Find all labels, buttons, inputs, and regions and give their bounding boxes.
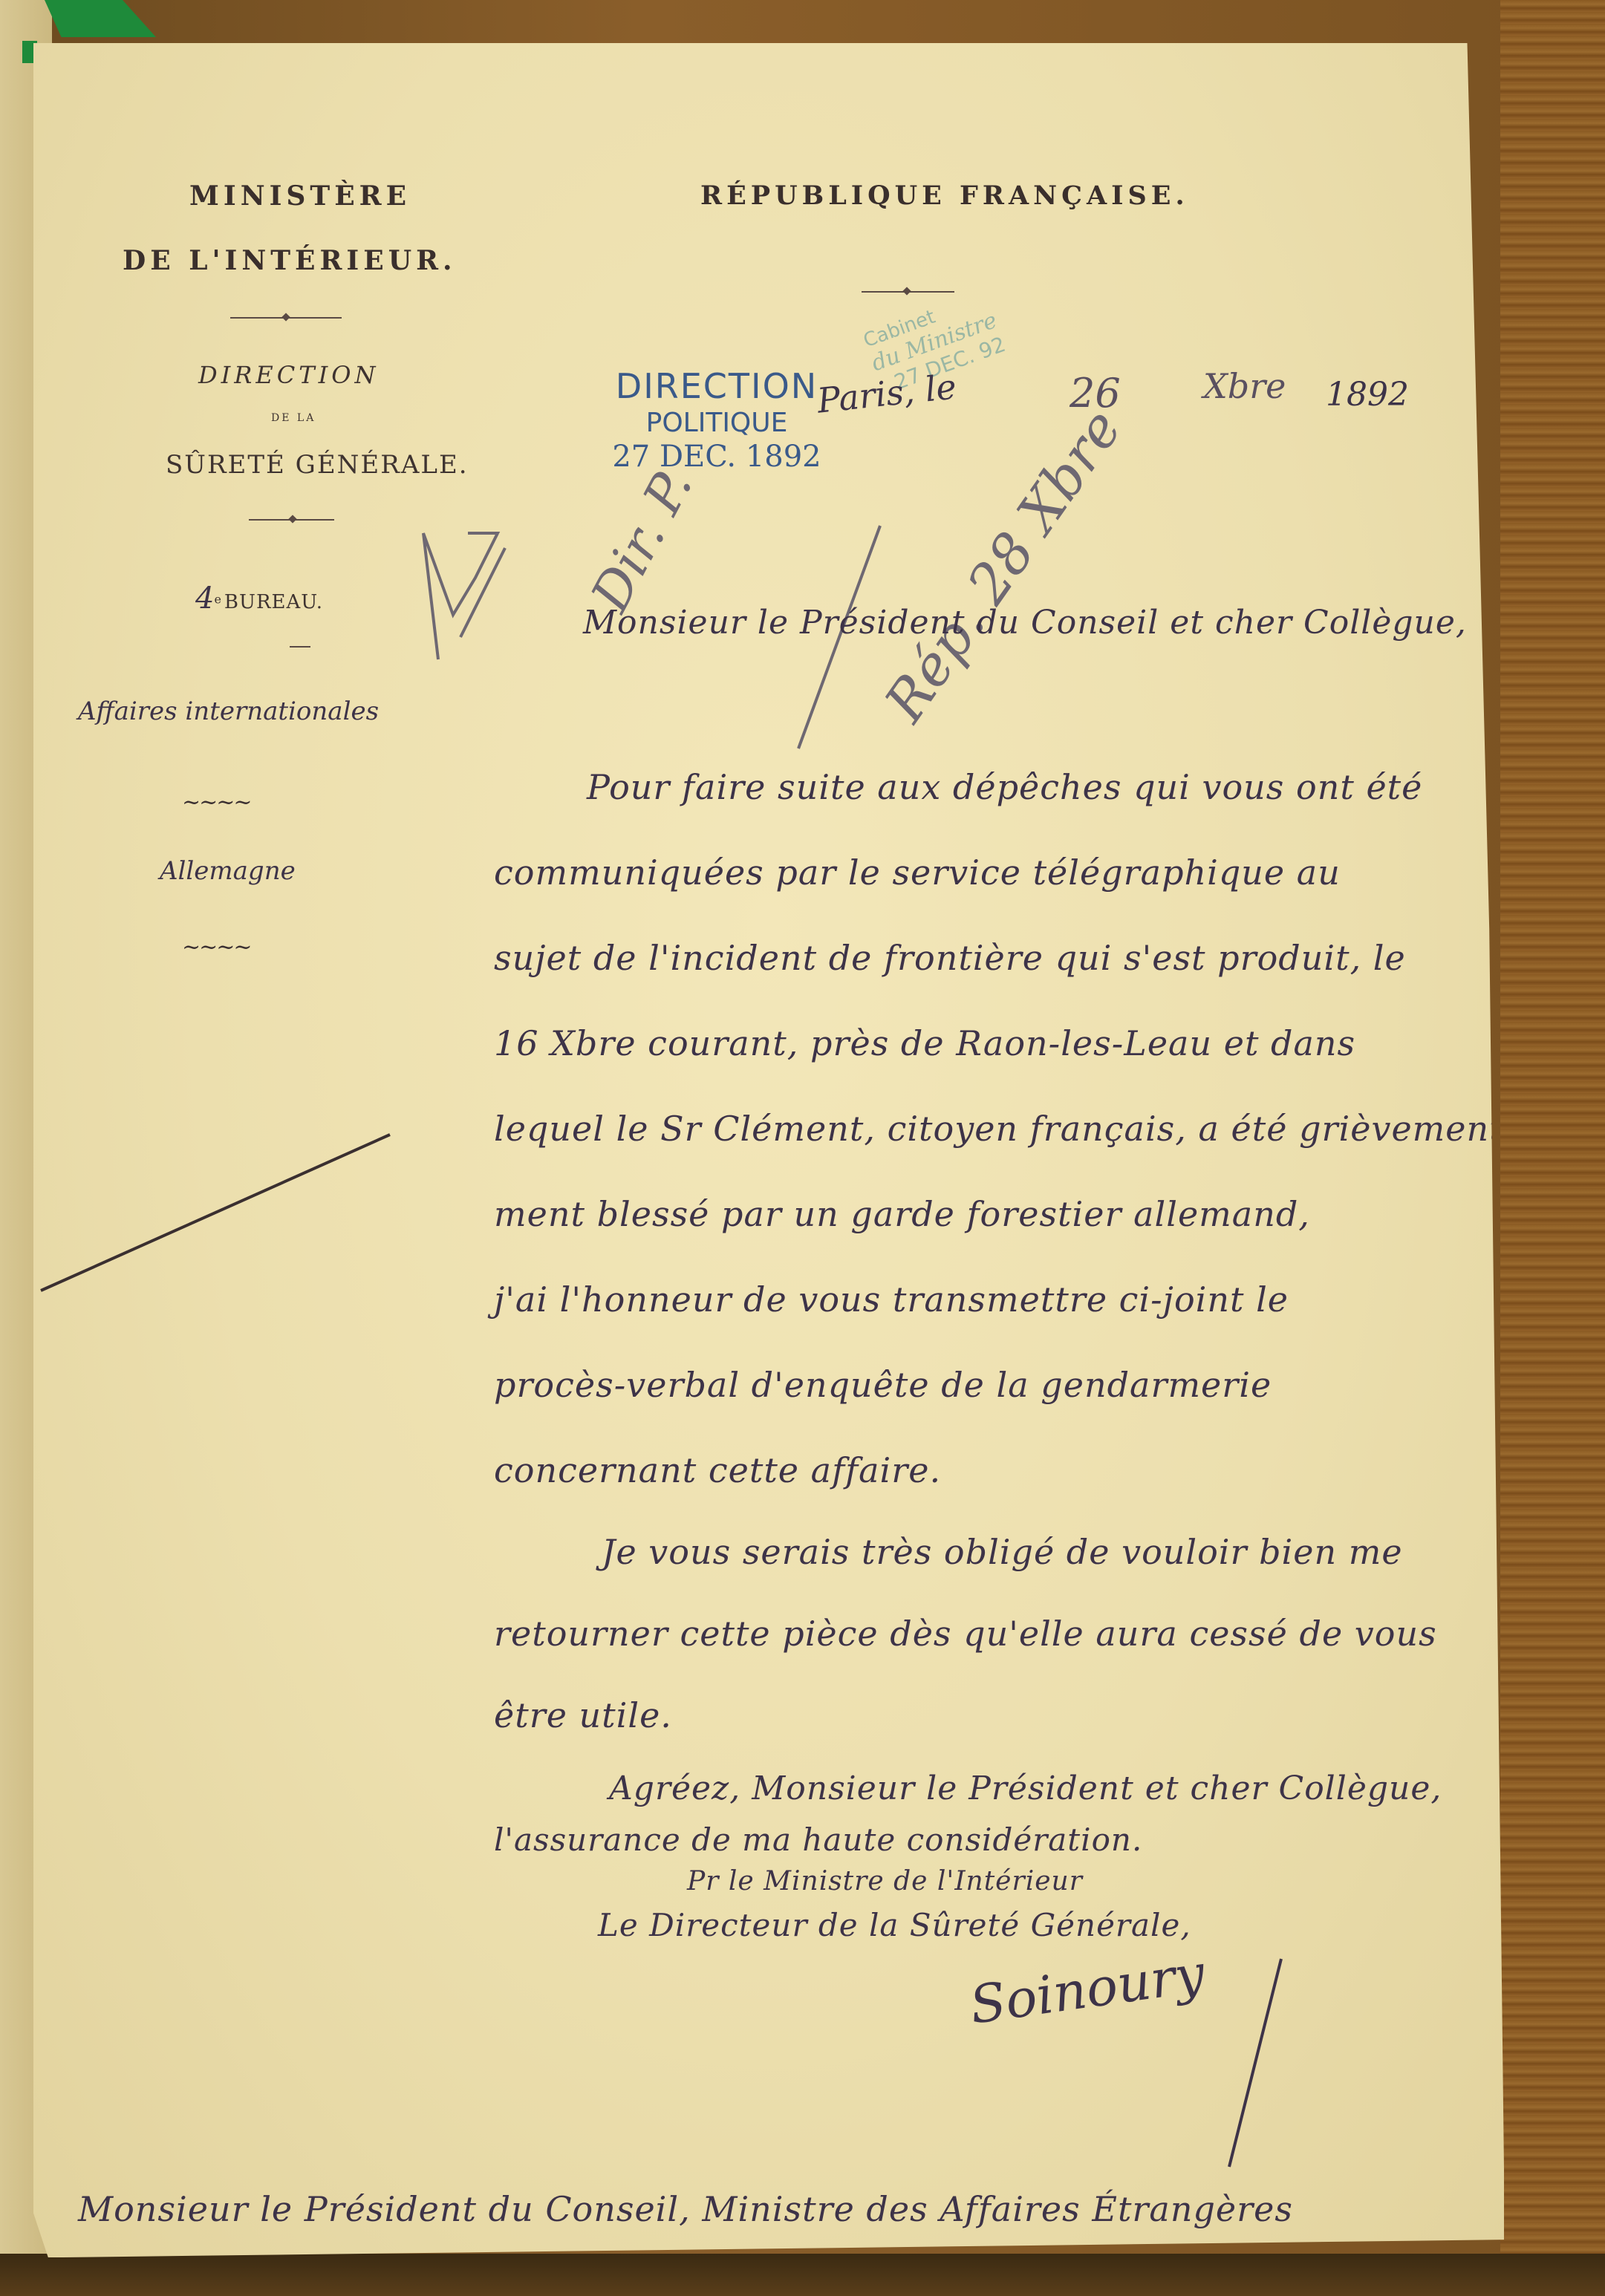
republic-heading: RÉPUBLIQUE FRANÇAISE. <box>700 180 1189 211</box>
pencil-slash <box>761 511 910 808</box>
closing-line: Pr le Ministre de l'Intérieur <box>687 1866 1083 1897</box>
closing-line: Le Directeur de la Sûreté Générale, <box>598 1907 1191 1943</box>
body-line: être utile. <box>494 1695 672 1735</box>
signature-flourish <box>1222 1951 1370 2174</box>
subject-note: Affaires internationales <box>78 697 379 726</box>
letter-page: MINISTÈRE DE L'INTÉRIEUR. DIRECTION DE L… <box>33 43 1504 2257</box>
body-line: Je vous serais très obligé de vouloir bi… <box>602 1532 1403 1572</box>
short-dash <box>290 646 310 648</box>
date-year: 1892 <box>1326 376 1409 414</box>
body-line: sujet de l'incident de frontière qui s'e… <box>494 938 1406 978</box>
body-line: communiquées par le service télégraphiqu… <box>494 852 1341 893</box>
body-line: ment blessé par un garde forestier allem… <box>494 1194 1310 1234</box>
pencil-note-rep: Rép. 28 Xbre <box>873 398 1134 733</box>
direction-politique-stamp: DIRECTION POLITIQUE 27 DEC. 1892 <box>576 366 858 474</box>
body-line: Pour faire suite aux dépêches qui vous o… <box>587 767 1422 807</box>
divider-squiggle-2: ~~~~ <box>182 934 251 960</box>
stamp-line3: 27 DEC. 1892 <box>576 440 858 474</box>
closing-line: l'assurance de ma haute considération. <box>494 1822 1142 1858</box>
green-ribbon <box>45 0 156 37</box>
bureau-number: 4 <box>195 581 214 616</box>
body-line: lequel le Sr Clément, citoyen français, … <box>494 1109 1504 1149</box>
addressee: Monsieur le Président du Conseil, Minist… <box>78 2189 1293 2229</box>
de-la-label: DE LA <box>271 412 316 424</box>
body-line: procès-verbal d'enquête de la gendarmeri… <box>494 1365 1272 1405</box>
surete-label: SÛRETÉ GÉNÉRALE. <box>166 450 469 480</box>
table-shadow <box>0 2254 1605 2296</box>
body-line: j'ai l'honneur de vous transmettre ci-jo… <box>494 1279 1289 1320</box>
country-note: Allemagne <box>160 856 296 886</box>
closing-line: Agréez, Monsieur le Président et cher Co… <box>609 1770 1442 1807</box>
pencil-mark-initials <box>408 489 557 711</box>
pencil-note-dir: Dir. P. <box>579 459 704 622</box>
bureau-suffix: e <box>214 593 221 607</box>
date-month: Xbre <box>1203 366 1286 406</box>
republic-rule-dot <box>902 287 911 295</box>
ornament-dot <box>281 313 290 321</box>
direction-label: DIRECTION <box>198 361 379 389</box>
wooden-table <box>1500 0 1605 2296</box>
divider-squiggle: ~~~~ <box>182 789 251 815</box>
ministry-line-1: MINISTÈRE <box>189 180 411 212</box>
ornament-dot-2 <box>288 515 296 523</box>
bureau-line: 4e BUREAU. <box>195 581 323 616</box>
body-line: concernant cette affaire. <box>494 1450 941 1490</box>
body-line: retourner cette pièce dès qu'elle aura c… <box>494 1614 1437 1654</box>
body-line: 16 Xbre courant, près de Raon-les-Leau e… <box>494 1023 1355 1063</box>
signature: Soinoury <box>966 1943 1208 2035</box>
ministry-line-2: DE L'INTÉRIEUR. <box>123 245 457 276</box>
bureau-label: BUREAU. <box>224 591 323 613</box>
diagonal-rule <box>33 1131 405 1317</box>
salutation: Monsieur le Président du Conseil et cher… <box>583 604 1467 642</box>
stamp-line1: DIRECTION <box>576 366 858 406</box>
stamp-line2: POLITIQUE <box>576 408 858 438</box>
